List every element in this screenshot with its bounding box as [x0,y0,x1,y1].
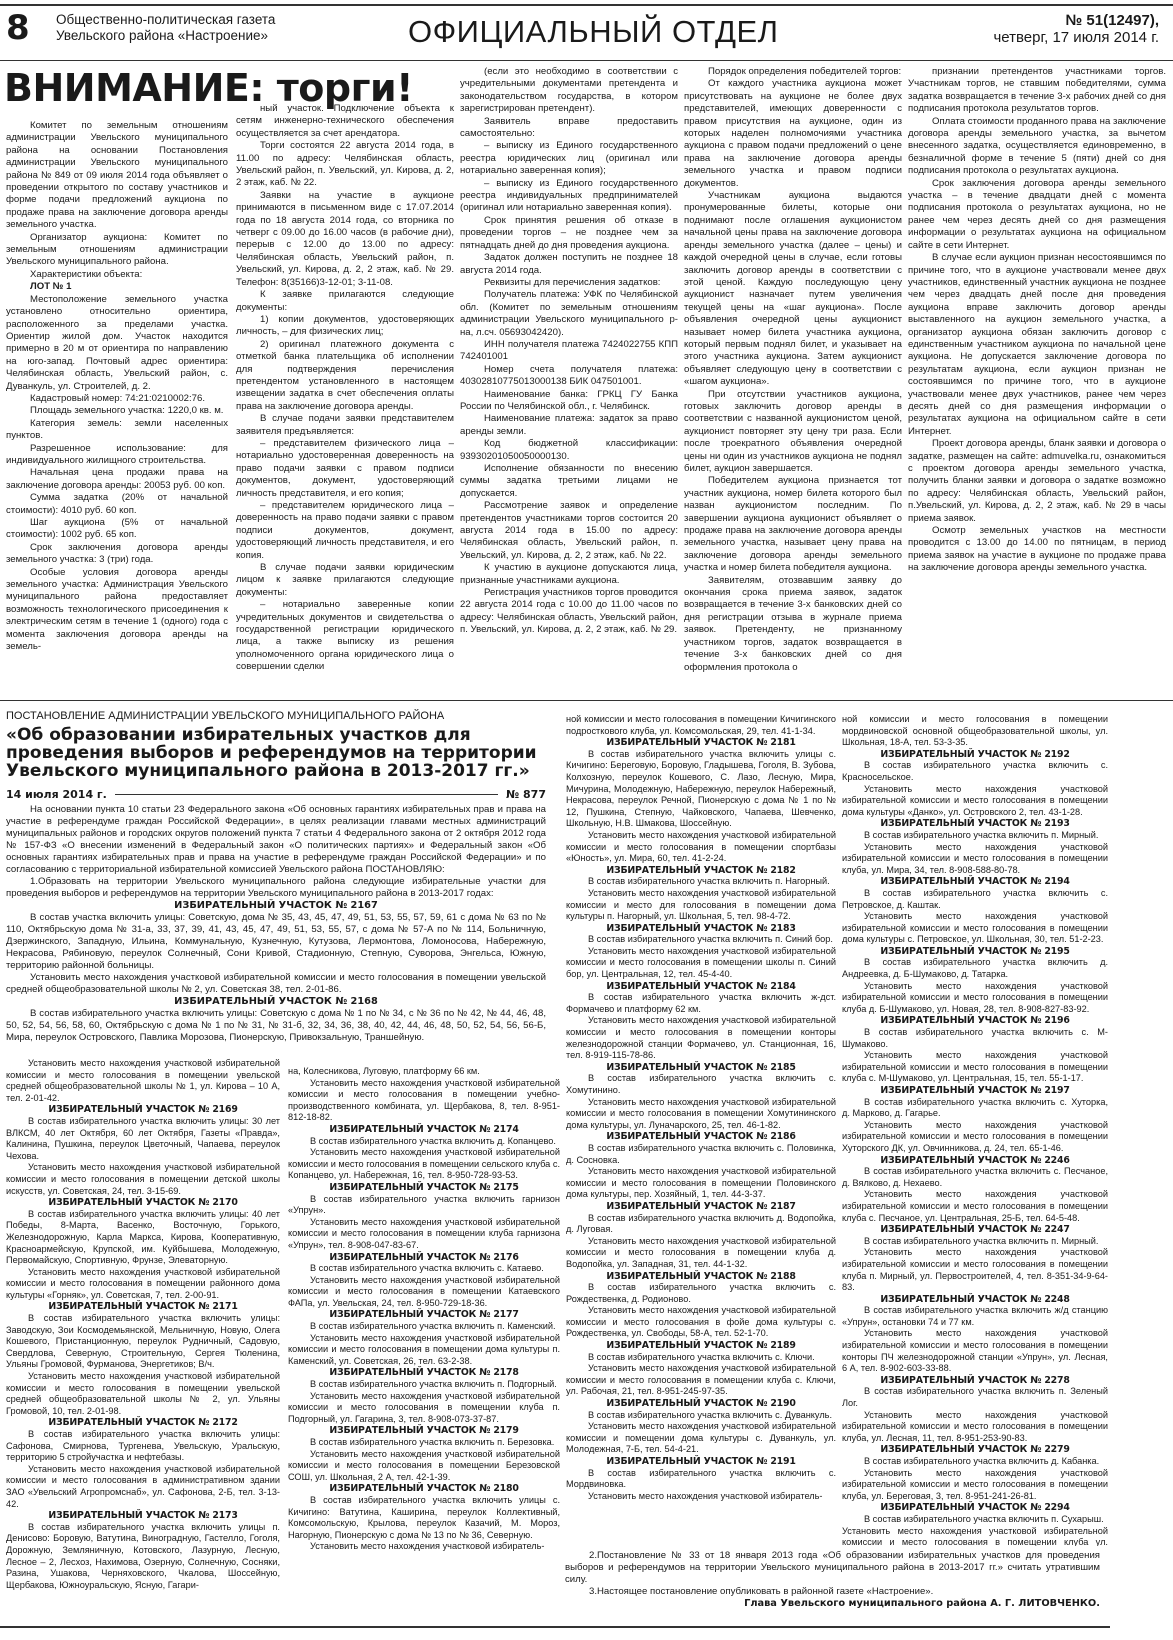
decree-preamble: На основании пункта 10 статьи 23 Федерал… [6,804,546,876]
precinct-paragraph: Установить место нахождения участковой и… [6,1162,280,1197]
precinct-paragraph: В состав избирательного участка включить… [6,1522,280,1592]
precinct-heading: ИЗБИРАТЕЛЬНЫЙ УЧАСТОК № 2168 [6,996,546,1008]
precinct-heading: ИЗБИРАТЕЛЬНЫЙ УЧАСТОК № 2182 [566,865,836,877]
precinct-paragraph: Установить место нахождения участковой и… [842,911,1108,946]
paper-line-2: Увельского района «Настроение» [56,28,275,44]
auction-paragraph: Заявитель вправе предоставить самостояте… [460,116,678,141]
precinct-paragraph: В состав избирательного участка включить… [842,1166,1108,1189]
precinct-paragraph: Установить место нахождения участковой и… [566,1421,836,1456]
precinct-paragraph: В состав избирательного участка включить… [842,830,1108,842]
auction-paragraph: Проект договора аренды, бланк заявки и д… [908,438,1166,525]
precinct-paragraph: Установить место нахождения участковой и… [288,1333,560,1368]
precinct-heading: ИЗБИРАТЕЛЬНЫЙ УЧАСТОК № 2246 [842,1155,1108,1167]
auction-paragraph: Заявки на участие в аукционе принимаются… [236,190,454,289]
page-number: 8 [6,8,30,48]
precinct-paragraph: Установить место нахождения участковой и… [842,1328,1108,1374]
precinct-heading: ИЗБИРАТЕЛЬНЫЙ УЧАСТОК № 2171 [6,1301,280,1313]
auction-paragraph: 2) оригинал платежного документа с отмет… [236,339,454,413]
precinct-paragraph: В состав избирательного участка включить… [566,1410,836,1422]
precinct-paragraph: Установить место нахождения участковой и… [842,1189,1108,1224]
precinct-paragraph: Установить место нахождения участковой и… [288,1541,560,1553]
precinct-heading: ИЗБИРАТЕЛЬНЫЙ УЧАСТОК № 2247 [842,1224,1108,1236]
precinct-paragraph: Установить место нахождения участковой и… [566,1015,836,1061]
precinct-paragraph: В состав избирательного участка включить… [6,1116,280,1162]
auction-paragraph: От каждого участника аукциона может прис… [684,78,902,190]
precinct-paragraph: Установить место нахождения участковой и… [842,1050,1108,1085]
decree-kicker: ПОСТАНОВЛЕНИЕ АДМИНИСТРАЦИИ УВЕЛЬСКОГО М… [6,710,444,722]
precinct-heading: ИЗБИРАТЕЛЬНЫЙ УЧАСТОК № 2187 [566,1201,836,1213]
precinct-paragraph: В состав избирательного участка включить… [6,1429,280,1464]
precinct-paragraph: ной комиссии и место голосования в помещ… [842,714,1108,749]
auction-paragraph: Площадь земельного участка: 1220,0 кв. м… [6,405,228,417]
decree-column-3: ной комиссии и место голосования в помещ… [566,714,836,1544]
bottom-rule [0,1626,1110,1628]
decree-signature: Глава Увельского муниципального района А… [565,1598,1100,1610]
auction-paragraph: Срок принятия решения об отказе в провед… [460,215,678,252]
precinct-heading: ИЗБИРАТЕЛЬНЫЙ УЧАСТОК № 2191 [566,1456,836,1468]
top-rule [0,4,1173,6]
precinct-paragraph: В состав избирательного участка включить… [566,1468,836,1491]
precinct-heading: ИЗБИРАТЕЛЬНЫЙ УЧАСТОК № 2248 [842,1294,1108,1306]
precinct-heading: ИЗБИРАТЕЛЬНЫЙ УЧАСТОК № 2174 [288,1124,560,1136]
precinct-paragraph: В состав избирательного участка включить… [288,1194,560,1217]
precinct-paragraph: Установить место нахождения участковой и… [566,946,836,981]
precinct-paragraph: В состав избирательного участка включить… [566,1073,836,1096]
auction-paragraph: К заявке прилагаются следующие документы… [236,289,454,314]
auction-paragraph: Местоположение земельного участка устано… [6,294,228,393]
precinct-paragraph: Установить место нахождения участковой и… [288,1275,560,1310]
auction-paragraph: Победителем аукциона признается тот учас… [684,475,902,574]
precinct-paragraph: Установить место нахождения участковой и… [6,1058,280,1104]
auction-paragraph: признании претендентов участниками торго… [908,66,1166,116]
auction-column-5: признании претендентов участниками торго… [908,66,1166,575]
precinct-paragraph: Установить место нахождения участковой и… [566,1097,836,1132]
auction-paragraph: Срок заключения договора аренды земельно… [908,178,1166,252]
precinct-paragraph: ной комиссии и место голосования в помещ… [566,714,836,737]
precinct-paragraph: В состав избирательного участка включить… [566,749,836,830]
auction-paragraph: – выписку из Единого государственного ре… [460,140,678,177]
precinct-paragraph: Установить место нахождения участковой и… [288,1078,560,1124]
auction-paragraph: (если это необходимо в соответствии с уч… [460,66,678,116]
precinct-paragraph: В состав избирательного участка включить… [842,1456,1108,1468]
precinct-heading: ИЗБИРАТЕЛЬНЫЙ УЧАСТОК № 2172 [6,1417,280,1429]
precinct-heading: ИЗБИРАТЕЛЬНЫЙ УЧАСТОК № 2195 [842,946,1108,958]
auction-paragraph: – представителем юридического лица – дов… [236,500,454,562]
auction-paragraph: Шаг аукциона (5% от начальной стоимости)… [6,517,228,542]
precinct-heading: ИЗБИРАТЕЛЬНЫЙ УЧАСТОК № 2190 [566,1398,836,1410]
precinct-paragraph: В состав избирательного участка включить… [842,1236,1108,1248]
decree-column-4: ной комиссии и место голосования в помещ… [842,714,1108,1546]
auction-paragraph: В случае подачи заявки представителем за… [236,413,454,438]
decree-item-3: 3.Настоящее постановление опубликовать в… [565,1586,1100,1598]
decree-date-row: 14 июля 2014 г. № 877 [6,788,546,801]
precinct-heading: ИЗБИРАТЕЛЬНЫЙ УЧАСТОК № 2167 [6,900,546,912]
auction-paragraph: Оплата стоимости проданного права на зак… [908,116,1166,178]
auction-paragraph: Заявителям, отозвавшим заявку до окончан… [684,575,902,674]
precinct-paragraph: на, Колесникова, Луговую, платформу 66 к… [288,1066,560,1078]
precinct-heading: ИЗБИРАТЕЛЬНЫЙ УЧАСТОК № 2194 [842,876,1108,888]
precinct-paragraph: Установить место нахождения участковой и… [842,1468,1108,1503]
decree-column-1: Установить место нахождения участковой и… [6,1058,280,1591]
precinct-paragraph: Установить место нахождения участковой и… [6,1464,280,1510]
decree-item-1: 1.Образовать на территории Увельского му… [6,876,546,900]
auction-paragraph: Комитет по земельным отношениям админист… [6,120,228,232]
precinct-paragraph: В состав избирательного участка включить… [842,1514,1108,1526]
paper-name: Общественно-политическая газета Увельско… [56,12,275,44]
precinct-paragraph: Установить место нахождения участковой и… [566,1363,836,1398]
precinct-paragraph: Установить место нахождения участковой и… [566,1305,836,1340]
auction-paragraph: Начальная цена продажи права на заключен… [6,467,228,492]
precinct-location: Установить место нахождения участковой и… [6,972,546,996]
precinct-heading: ИЗБИРАТЕЛЬНЫЙ УЧАСТОК № 2192 [842,749,1108,761]
precinct-heading: ИЗБИРАТЕЛЬНЫЙ УЧАСТОК № 2193 [842,818,1108,830]
auction-paragraph: Организатор аукциона: Комитет по земельн… [6,232,228,269]
precinct-paragraph: Установить место нахождения участковой и… [6,1267,280,1302]
precinct-heading: ИЗБИРАТЕЛЬНЫЙ УЧАСТОК № 2278 [842,1375,1108,1387]
precinct-heading: ИЗБИРАТЕЛЬНЫЙ УЧАСТОК № 2177 [288,1309,560,1321]
precinct-paragraph: В состав избирательного участка включить… [842,1305,1108,1328]
auction-paragraph: ный участок. Подключение объекта к сетям… [236,103,454,140]
decree-title: «Об образовании избирательных участков д… [6,726,546,780]
issue-number: № 51(12497), [993,12,1159,29]
precinct-heading: ИЗБИРАТЕЛЬНЫЙ УЧАСТОК № 2179 [288,1425,560,1437]
precinct-paragraph: Установить место нахождения участковой и… [288,1391,560,1426]
auction-paragraph: Срок заключения договора аренды земельно… [6,542,228,567]
precinct-paragraph: В состав избирательного участка включить… [842,888,1108,911]
precinct-heading: ИЗБИРАТЕЛЬНЫЙ УЧАСТОК № 2189 [566,1340,836,1352]
precinct-paragraph: Установить место нахождения участковой и… [566,888,836,923]
precinct-paragraph: В состав избирательного участка включить… [566,1282,836,1305]
decree-column-2: на, Колесникова, Луговую, платформу 66 к… [288,1066,560,1553]
section-divider [0,700,1173,701]
precinct-paragraph: В состав избирательного участка включить… [842,760,1108,783]
auction-paragraph: 1) копии документов, удостоверяющих личн… [236,314,454,339]
precinct-paragraph: Установить место нахождения участковой и… [842,842,1108,877]
precinct-paragraph: В состав избирательного участка включить… [842,1097,1108,1120]
auction-paragraph: Код бюджетной классификации: 93930201050… [460,438,678,463]
auction-paragraph: В случае подачи заявки юридическим лицом… [236,562,454,599]
precinct-paragraph: В состав избирательного участка включить… [6,1313,280,1371]
auction-paragraph: Кадастровый номер: 74:21:0210002:76. [6,393,228,405]
precinct-paragraph: В состав избирательного участка включить… [288,1321,560,1333]
auction-column-1: Комитет по земельным отношениям админист… [6,120,228,653]
precinct-paragraph: Установить место нахождения участковой и… [842,1120,1108,1155]
auction-column-3: (если это необходимо в соответствии с уч… [460,66,678,637]
precinct-composition: В состав участка включить улицы: Советск… [6,912,546,972]
precinct-paragraph: В состав избирательного участка включить… [566,1143,836,1166]
precinct-paragraph: В состав избирательного участка включить… [288,1495,560,1541]
precinct-paragraph: В состав избирательного участка включить… [842,1027,1108,1050]
auction-paragraph: Наименование платежа: задаток за право а… [460,413,678,438]
precinct-paragraph: Установить место нахождения участковой и… [842,981,1108,1016]
auction-paragraph: – представителем физического лица – нота… [236,438,454,500]
precinct-heading: ИЗБИРАТЕЛЬНЫЙ УЧАСТОК № 2175 [288,1182,560,1194]
precinct-paragraph: Установить место нахождения участковой и… [288,1217,560,1252]
auction-paragraph: – выписку из Единого государственного ре… [460,178,678,215]
precinct-paragraph: Установить место нахождения участковой и… [6,1371,280,1417]
precinct-heading: ИЗБИРАТЕЛЬНЫЙ УЧАСТОК № 2181 [566,737,836,749]
auction-paragraph: В случае если аукцион признан несостоявш… [908,252,1166,438]
masthead-rule [0,60,1173,61]
auction-paragraph: Осмотр земельных участков на местности п… [908,525,1166,575]
auction-column-2: ный участок. Подключение объекта к сетям… [236,103,454,674]
section-title: ОФИЦИАЛЬНЫЙ ОТДЕЛ [408,14,778,50]
auction-paragraph: Порядок определения победителей торгов: [684,66,902,78]
masthead: 8 Общественно-политическая газета Увельс… [0,8,1173,60]
precinct-paragraph: Установить место нахождения участковой и… [566,830,836,865]
auction-paragraph: – нотариально заверенные копии учредител… [236,599,454,673]
precinct-paragraph: В состав избирательного участка включить… [566,934,836,946]
precinct-paragraph: Установить место нахождения участковой и… [566,1236,836,1271]
precinct-heading: ИЗБИРАТЕЛЬНЫЙ УЧАСТОК № 2294 [842,1502,1108,1514]
auction-paragraph: Характеристики объекта: [6,269,228,281]
precinct-heading: ИЗБИРАТЕЛЬНЫЙ УЧАСТОК № 2170 [6,1197,280,1209]
decree-date: 14 июля 2014 г. [6,788,107,801]
auction-paragraph: Получатель платежа: УФК по Челябинской о… [460,289,678,339]
precinct-paragraph: В состав избирательного участка включить… [288,1136,560,1148]
auction-paragraph: Участникам аукциона выдаются пронумерова… [684,190,902,389]
auction-paragraph: Наименование банка: ГРКЦ ГУ Банка России… [460,389,678,414]
precinct-heading: ИЗБИРАТЕЛЬНЫЙ УЧАСТОК № 2185 [566,1062,836,1074]
precinct-heading: ИЗБИРАТЕЛЬНЫЙ УЧАСТОК № 2173 [6,1510,280,1522]
precinct-heading: ИЗБИРАТЕЛЬНЫЙ УЧАСТОК № 2279 [842,1444,1108,1456]
decree-closing: 2.Постановление № 33 от 18 января 2013 г… [565,1550,1100,1610]
precinct-paragraph: Установить место нахождения участковой и… [566,1491,836,1503]
auction-paragraph: Реквизиты для перечисления задатков: [460,277,678,289]
precinct-heading: ИЗБИРАТЕЛЬНЫЙ УЧАСТОК № 2197 [842,1085,1108,1097]
precinct-paragraph: Установить место нахождения участковой и… [842,1526,1108,1546]
precinct-heading: ИЗБИРАТЕЛЬНЫЙ УЧАСТОК № 2169 [6,1104,280,1116]
precinct-heading: ИЗБИРАТЕЛЬНЫЙ УЧАСТОК № 2186 [566,1131,836,1143]
precinct-paragraph: В состав избирательного участка включить… [6,1209,280,1267]
auction-paragraph: ИНН получателя платежа 7424022755 КПП 74… [460,339,678,364]
precinct-paragraph: Установить место нахождения участковой и… [842,784,1108,819]
auction-paragraph: Номер счета получателя платежа: 40302810… [460,364,678,389]
decree-preamble-block: На основании пункта 10 статьи 23 Федерал… [6,804,546,1044]
precinct-paragraph: Установить место нахождения участковой и… [288,1449,560,1484]
lot-label: ЛОТ № 1 [6,281,228,293]
issue-info: № 51(12497), четверг, 17 июля 2014 г. [993,12,1159,46]
precinct-paragraph: В состав избирательного участка включить… [842,957,1108,980]
auction-paragraph: Разрешенное использование: для индивидуа… [6,443,228,468]
precinct-heading: ИЗБИРАТЕЛЬНЫЙ УЧАСТОК № 2180 [288,1483,560,1495]
precinct-paragraph: Установить место нахождения участковой и… [842,1410,1108,1445]
precinct-paragraph: В состав избирательного участка включить… [288,1263,560,1275]
auction-paragraph: Задаток должен поступить не позднее 18 а… [460,252,678,277]
precinct-heading: ИЗБИРАТЕЛЬНЫЙ УЧАСТОК № 2196 [842,1015,1108,1027]
newspaper-page: 8 Общественно-политическая газета Увельс… [0,0,1173,1640]
precinct-heading: ИЗБИРАТЕЛЬНЫЙ УЧАСТОК № 2178 [288,1367,560,1379]
paper-line-1: Общественно-политическая газета [56,12,275,28]
precinct-heading: ИЗБИРАТЕЛЬНЫЙ УЧАСТОК № 2183 [566,923,836,935]
issue-date: четверг, 17 июля 2014 г. [993,29,1159,46]
precinct-paragraph: В состав избирательного участка включить… [566,1213,836,1236]
decree-item-2: 2.Постановление № 33 от 18 января 2013 г… [565,1550,1100,1586]
auction-paragraph: Категория земель: земли населенных пункт… [6,418,228,443]
auction-paragraph: Исполнение обязанности по внесению суммы… [460,463,678,500]
precinct-heading: ИЗБИРАТЕЛЬНЫЙ УЧАСТОК № 2176 [288,1252,560,1264]
precinct-paragraph: Установить место нахождения участковой и… [566,1166,836,1201]
auction-paragraph: Регистрация участников торгов проводится… [460,587,678,637]
precinct-paragraph: В состав избирательного участка включить… [566,876,836,888]
decree-number: № 877 [506,788,546,801]
precinct-paragraph: В состав избирательного участка включить… [566,1352,836,1364]
auction-paragraph: Особые условия договора аренды земельног… [6,567,228,654]
precinct-composition: В состав избирательного участка включить… [6,1008,546,1044]
precinct-heading: ИЗБИРАТЕЛЬНЫЙ УЧАСТОК № 2184 [566,981,836,993]
auction-paragraph: К участию в аукционе допускаются лица, п… [460,562,678,587]
precinct-paragraph: В состав избирательного участка включить… [842,1386,1108,1409]
auction-paragraph: Рассмотрение заявок и определение претен… [460,500,678,562]
auction-paragraph: Торги состоятся 22 августа 2014 года, в … [236,140,454,190]
precinct-paragraph: В состав избирательного участка включить… [288,1379,560,1391]
precinct-heading: ИЗБИРАТЕЛЬНЫЙ УЧАСТОК № 2188 [566,1271,836,1283]
precinct-paragraph: В состав избирательного участка включить… [288,1437,560,1449]
precinct-paragraph: Установить место нахождения участковой и… [288,1147,560,1182]
precinct-paragraph: В состав избирательного участка включить… [566,992,836,1015]
decree-date-line [115,794,498,795]
precinct-paragraph: Установить место нахождения участковой и… [842,1247,1108,1293]
auction-paragraph: Сумма задатка (20% от начальной стоимост… [6,492,228,517]
auction-paragraph: При отсутствии участников аукциона, гото… [684,389,902,476]
auction-column-4: Порядок определения победителей торгов:О… [684,66,902,674]
